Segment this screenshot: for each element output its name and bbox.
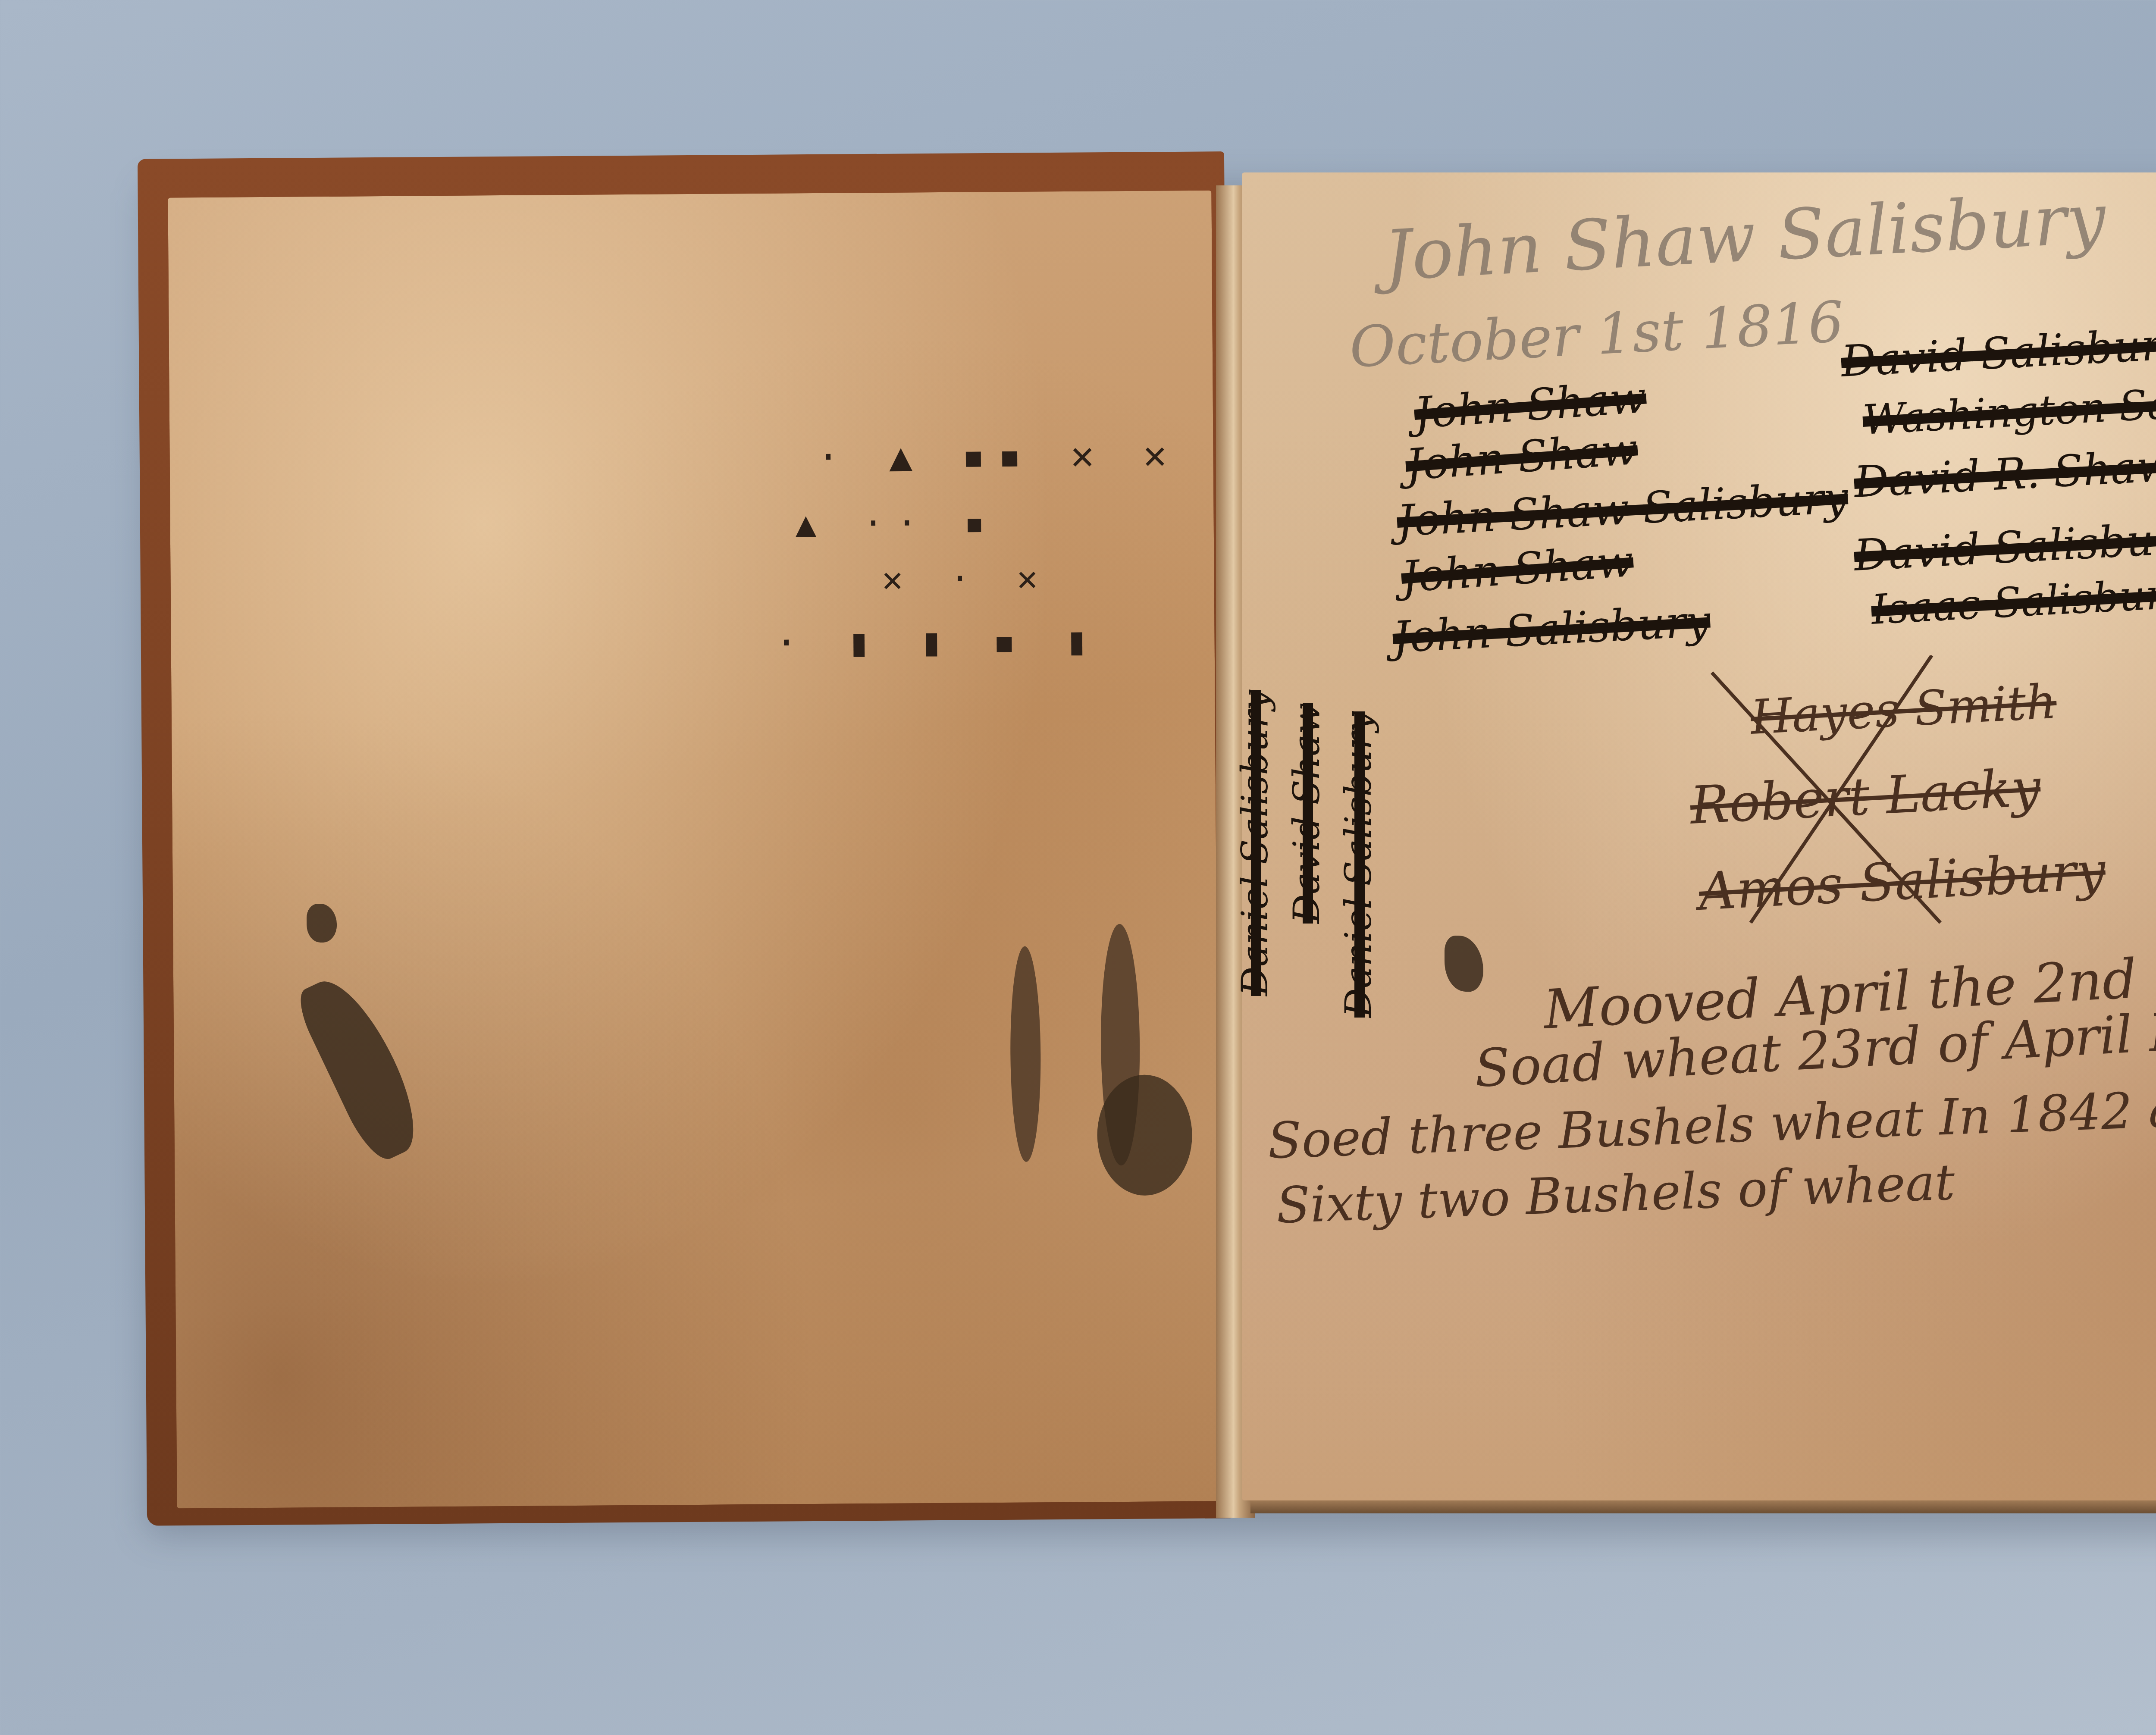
crossed-name: John Shaw <box>1400 536 1635 602</box>
left-page: · ▲ ▪▪ ✕ ✕ ▲ ·· ▪ ✕ · ✕ · ▮ ▮ ▪ ▮ <box>168 191 1220 1509</box>
ink-bleed-column <box>1010 946 1041 1162</box>
ink-blot <box>1445 936 1483 992</box>
ink-stain <box>291 968 431 1167</box>
crossed-name: David R. Shaw <box>1853 440 2156 507</box>
crossed-name: David Salisbury <box>1853 512 2156 581</box>
ink-stain <box>307 904 337 943</box>
pencil-date: October 1st 1816 <box>1348 289 1846 380</box>
vertical-crossed-name: David Shaw <box>1285 703 1328 924</box>
ink-bleed-mark: · ▲ ▪▪ ✕ ✕ <box>816 432 1180 480</box>
vertical-crossed-name: Daniel Salisbury <box>1337 711 1380 1018</box>
crossed-name: David Salisbury <box>1840 318 2156 387</box>
entry-line: Soed three Bushels wheat In 1842 and had <box>1267 1074 2156 1170</box>
crossed-name: John Salisbury <box>1391 596 1711 663</box>
ink-blot <box>1097 1074 1193 1196</box>
vertical-crossed-name: Daniel Salisbury <box>1234 690 1276 996</box>
ink-bleed-mark: · ▮ ▮ ▪ ▮ <box>774 618 1101 665</box>
pencil-owner-inscription: John Shaw Salisbury <box>1382 178 2108 296</box>
ink-bleed-mark: ✕ · ✕ <box>882 558 1050 599</box>
crossed-name: Isaac Salisbury <box>1870 570 2156 634</box>
ink-bleed-mark: ▲ ·· ▪ <box>795 502 998 544</box>
page-block-edge <box>1250 1500 2156 1513</box>
cross-out-x-mark <box>1699 655 2027 931</box>
right-page: John Shaw Salisbury October 1st 1816 Joh… <box>1242 172 2156 1500</box>
crossed-name: Washington Salisbury <box>1861 373 2156 444</box>
